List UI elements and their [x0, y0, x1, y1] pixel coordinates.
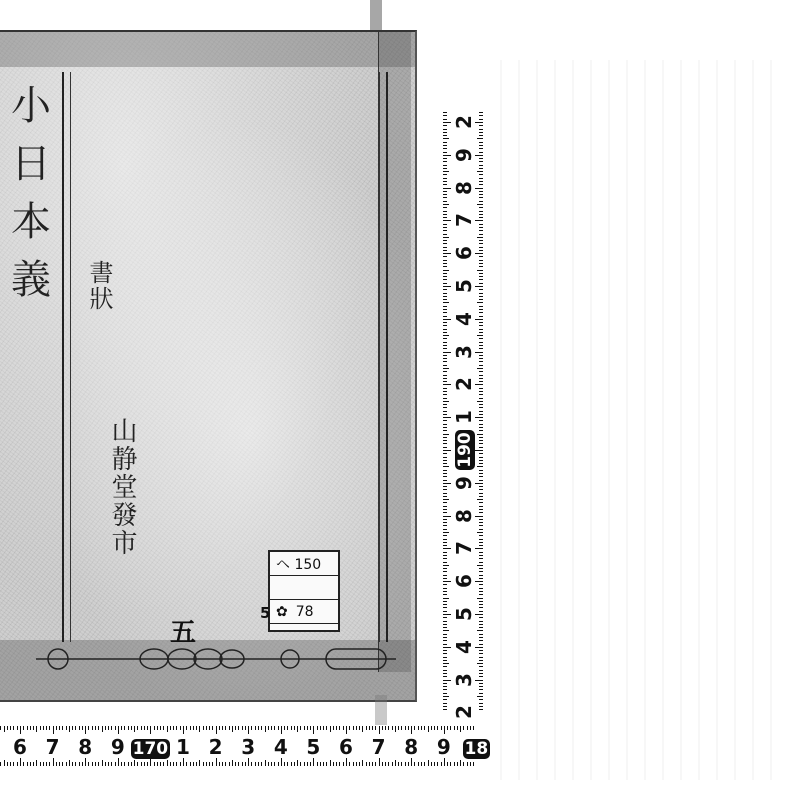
ruler-label: 9: [452, 144, 476, 166]
ruler-label: 1: [172, 735, 194, 759]
knot-ornament: [36, 644, 396, 674]
ruler-label: 4: [452, 636, 476, 658]
ruler-label: 1: [452, 406, 476, 428]
label-number: 78: [296, 604, 314, 620]
library-label: ヘ 150 ✿ 78 5: [268, 550, 340, 632]
title-char: 日: [0, 135, 62, 193]
ruler-label: 2: [452, 373, 476, 395]
ruler-label: 9: [433, 735, 455, 759]
bleed-through-area: [500, 60, 780, 780]
title-char: 小: [0, 77, 62, 135]
label-number-row: ✿ 78: [270, 600, 338, 624]
label-blank-row: [270, 576, 338, 600]
ruler-label: 2: [205, 735, 227, 759]
ruler-label: 6: [452, 242, 476, 264]
ruler-label: 8: [400, 735, 422, 759]
ruler-label: 2: [452, 111, 476, 133]
ruler-label: 2: [452, 701, 476, 723]
book-cover: 小 日 本 義 書狀 山静堂發市 五 ヘ 150 ✿: [0, 30, 417, 702]
title-char: 本: [0, 193, 62, 251]
ruler-label: 7: [452, 209, 476, 231]
ruler-label: 8: [452, 177, 476, 199]
ruler-label: 9: [107, 735, 129, 759]
horizontal-ruler: 678917012345678918: [0, 726, 484, 766]
ruler-label: 18: [456, 735, 496, 759]
vertical-ruler: 298765432119098765432: [443, 112, 483, 724]
ruler-label: 170: [130, 735, 170, 759]
ruler-label: 8: [452, 505, 476, 527]
ruler-label: 3: [452, 341, 476, 363]
scanner-clip-bottom: [375, 695, 387, 725]
ruler-label: 4: [452, 308, 476, 330]
label-call-number: ヘ 150: [270, 552, 338, 576]
ruler-label: 6: [9, 735, 31, 759]
cover-top-wear: [0, 32, 415, 67]
title-slip: 小 日 本 義: [0, 77, 62, 617]
ruler-label: 8: [74, 735, 96, 759]
ruler-label: 5: [452, 275, 476, 297]
ruler-label: 5: [452, 603, 476, 625]
ruler-label: 9: [452, 472, 476, 494]
scanner-clip-top: [370, 0, 382, 34]
ruler-label: 5: [302, 735, 324, 759]
ruler-label: 6: [335, 735, 357, 759]
ruler-label: 6: [452, 570, 476, 592]
side-inscription-1: 書狀: [82, 260, 117, 312]
ruler-label: 3: [452, 669, 476, 691]
ruler-label: 7: [368, 735, 390, 759]
ruler-label: 3: [237, 735, 259, 759]
publisher-inscription: 山静堂發市: [104, 417, 141, 557]
ruler-label: 7: [452, 537, 476, 559]
ruler-label: 190: [451, 430, 475, 470]
label-stamp-icon: ✿: [276, 604, 288, 620]
volume-mark: 五: [170, 612, 196, 649]
label-prefix: 5: [260, 604, 270, 622]
ruler-label: 7: [42, 735, 64, 759]
title-char: 義: [0, 251, 62, 309]
ruler-label: 4: [270, 735, 292, 759]
scan-image: 小 日 本 義 書狀 山静堂發市 五 ヘ 150 ✿: [0, 0, 800, 800]
